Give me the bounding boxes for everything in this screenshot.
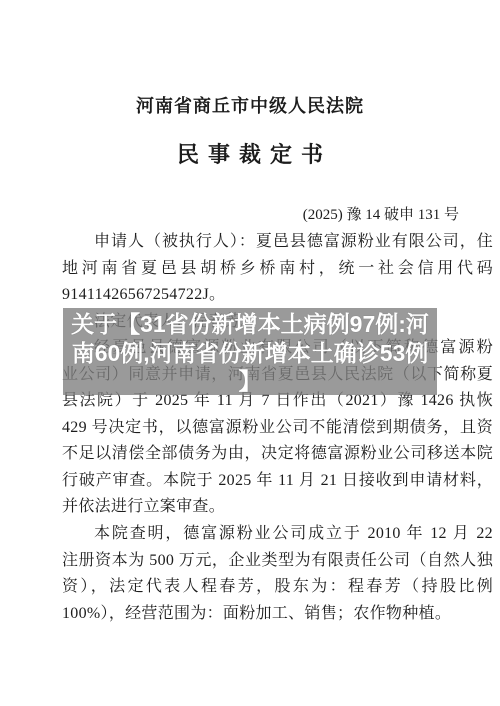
overlay-headline-line: 关于【31省份新增本土病例97例:河 xyxy=(63,310,437,339)
document-body: 申请人（被执行人）：夏邑县德富源粉业有限公司，住所 地河南省夏邑县胡桥乡桥南村，… xyxy=(62,229,493,627)
document-line: 本院查明，德富源粉业公司成立于 2010 年 12 月 22 日， xyxy=(62,521,493,548)
document-line: 行破产审查。本院于 2025 年 11 月 21 日接收到申请材料， xyxy=(62,468,493,495)
document-line: 429 号决定书，以德富源粉业公司不能清偿到期债务，且资产 xyxy=(62,415,493,442)
overlay-headline-line: 】 xyxy=(63,367,437,396)
document-line: 注册资本为 500 万元，企业类型为有限责任公司（自然人独 xyxy=(62,548,493,575)
court-name-heading: 河南省商丘市中级人民法院 xyxy=(0,92,500,118)
news-headline-overlay: 关于【31省份新增本土病例97例:河 南60例,河南省份新增本土确诊53例 】 xyxy=(63,308,437,395)
document-line: 不足以清偿全部债务为由，决定将德富源粉业公司移送本院进 xyxy=(62,441,493,468)
case-number: (2025) 豫 14 破申 131 号 xyxy=(62,203,493,224)
document-line: 并依法进行立案审查。 xyxy=(62,494,493,521)
document-line: 资），法定代表人程春芳，股东为：程春芳（持股比例 xyxy=(62,574,493,601)
document-line: 91411426567254722J。 xyxy=(62,282,493,309)
document-line: 100%），经营范围为：面粉加工、销售；农作物种植。 xyxy=(62,601,493,628)
document-line: 申请人（被执行人）：夏邑县德富源粉业有限公司，住所 xyxy=(62,229,493,256)
document-page: 河南省商丘市中级人民法院 民事裁定书 (2025) 豫 14 破申 131 号 … xyxy=(0,0,500,706)
document-line: 地河南省夏邑县胡桥乡桥南村，统一社会信用代码 xyxy=(62,256,493,283)
overlay-headline-line: 南60例,河南省份新增本土确诊53例 xyxy=(63,339,437,368)
document-type-title: 民事裁定书 xyxy=(0,138,500,169)
